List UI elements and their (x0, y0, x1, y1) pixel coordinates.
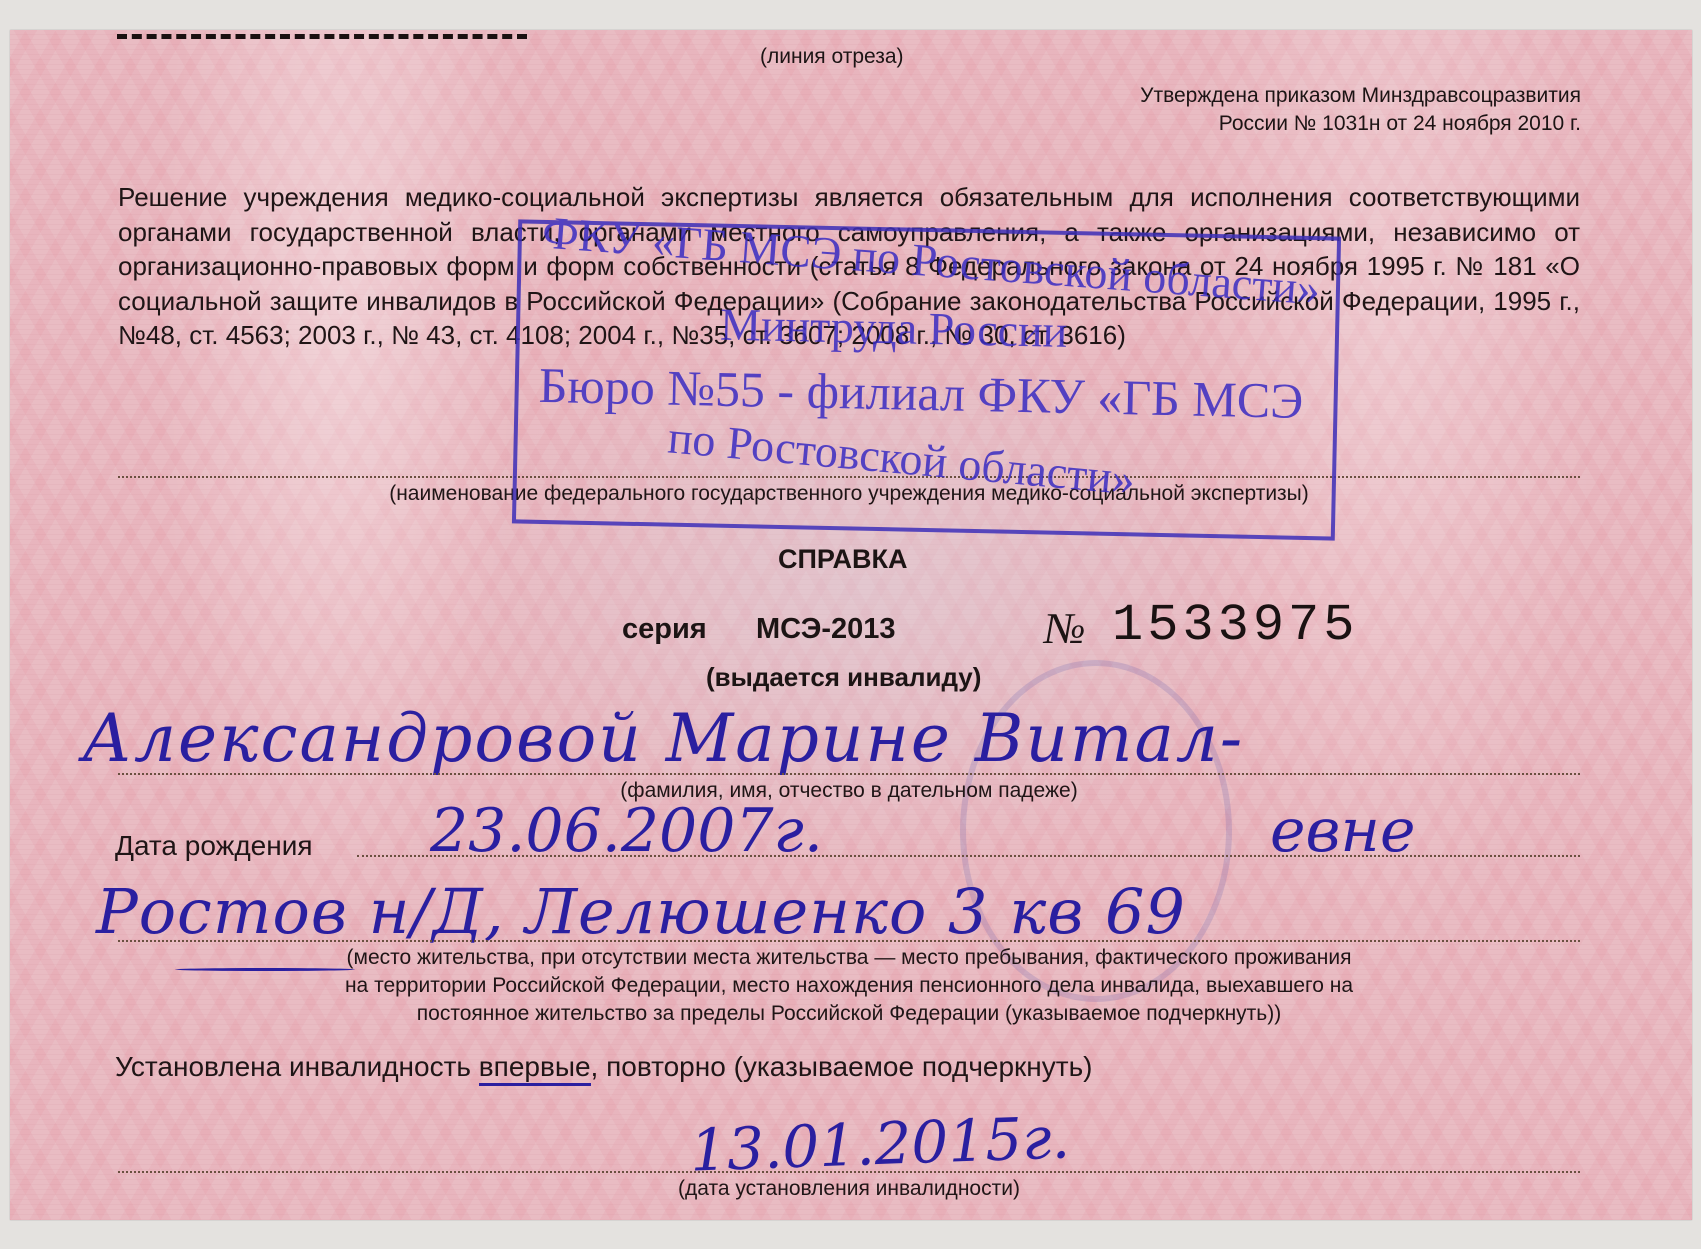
number-sign: № (1044, 603, 1086, 654)
cut-line (117, 34, 527, 39)
residence-caption-2: на территории Российской Федерации, мест… (118, 974, 1580, 998)
disability-status-line: Установлена инвалидность впервые, повтор… (115, 1051, 1093, 1083)
birth-date-label: Дата рождения (115, 830, 313, 862)
residence-caption-3: постоянное жительство за пределы Российс… (118, 1002, 1580, 1026)
certificate-number: 1533975 (1112, 596, 1358, 655)
stamp-line-3: Бюро №55 - филиал ФКУ «ГБ МСЭ (538, 356, 1304, 430)
disability-status-prefix: Установлена инвалидность (115, 1051, 479, 1082)
institution-stamp: ФКУ «ГБ МСЭ по Ростовской области» Минтр… (512, 219, 1341, 540)
series-label: серия (622, 613, 707, 646)
full-name-line (118, 773, 1580, 775)
disability-status-first: впервые (479, 1051, 591, 1086)
cut-line-label: (линия отреза) (760, 45, 904, 69)
disability-date-caption: (дата установления инвалидности) (118, 1177, 1580, 1201)
stamp-line-2: Минтруда России (720, 298, 1068, 358)
birth-date-value: 23.06.2007г. (430, 796, 823, 866)
approval-line-2: России № 1031н от 24 ноября 2010 г. (1219, 112, 1581, 136)
series-value: МСЭ-2013 (756, 613, 896, 646)
residence-caption-1: (место жительства, при отсутствии места … (118, 946, 1580, 970)
disability-status-rest: , повторно (указываемое подчеркнуть) (591, 1051, 1093, 1082)
residence-value: Ростов н/Д, Лелюшенко 3 кв 69 (96, 875, 1186, 948)
document-title: СПРАВКА (778, 544, 908, 575)
full-name-handwritten: Александровой Марине Витал- (82, 700, 1244, 777)
disability-date-line (118, 1171, 1580, 1173)
residence-line (118, 940, 1580, 942)
issued-to-label: (выдается инвалиду) (706, 662, 981, 693)
approval-line-1: Утверждена приказом Минздравсоцразвития (1140, 84, 1581, 108)
